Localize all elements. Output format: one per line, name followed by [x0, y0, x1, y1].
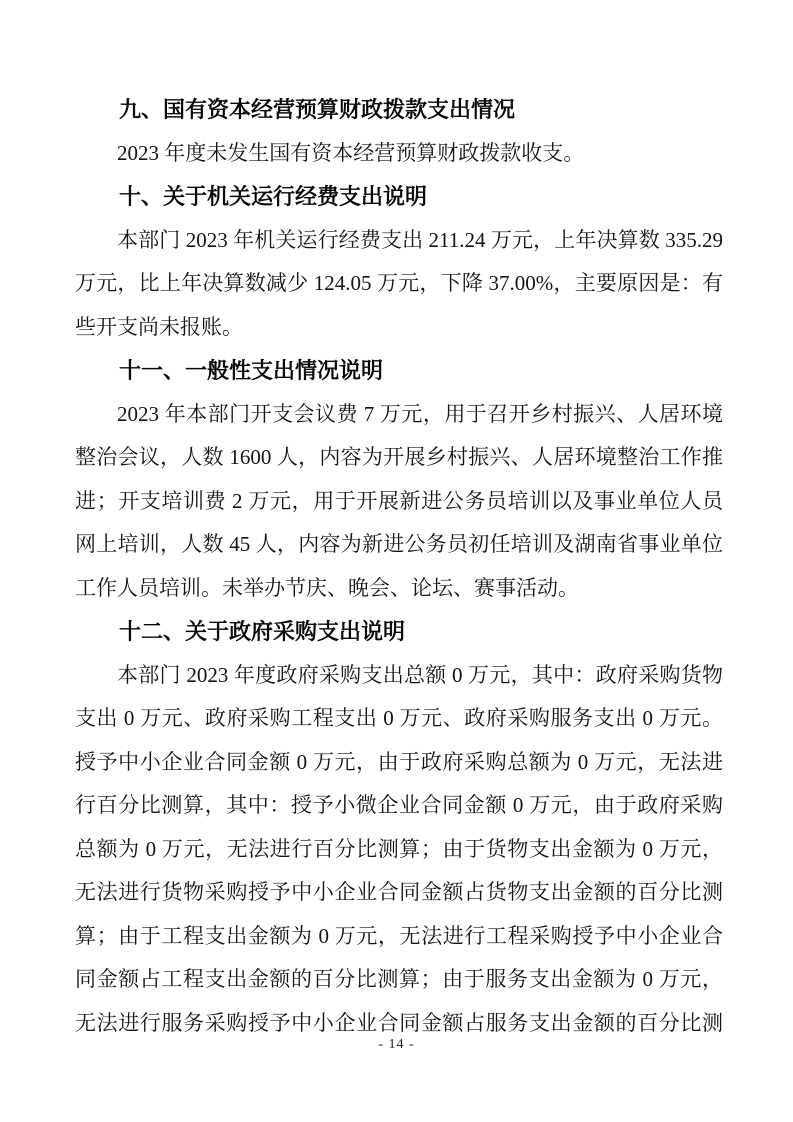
paragraph-government-procurement: 本部门 2023 年度政府采购支出总额 0 万元，其中：政府采购货物支出 0 万…: [75, 654, 723, 1046]
paragraph-general-expenditure: 2023 年本部门开支会议费 7 万元，用于召开乡村振兴、人居环境整治会议，人数…: [75, 393, 723, 611]
section-heading-government-procurement: 十二、关于政府采购支出说明: [75, 610, 723, 654]
paragraph-agency-operating-expenses: 本部门 2023 年机关运行经费支出 211.24 万元，上年决算数 335.2…: [75, 219, 723, 350]
section-heading-state-capital-budget: 九、国有资本经营预算财政拨款支出情况: [75, 88, 723, 132]
paragraph-state-capital-budget: 2023 年度未发生国有资本经营预算财政拨款收支。: [75, 132, 723, 176]
page-footer: - 14 -: [0, 1036, 793, 1054]
document-page: 九、国有资本经营预算财政拨款支出情况 2023 年度未发生国有资本经营预算财政拨…: [0, 0, 793, 1122]
section-heading-general-expenditure: 十一、一般性支出情况说明: [75, 349, 723, 393]
page-number: - 14 -: [378, 1037, 414, 1052]
document-content: 九、国有资本经营预算财政拨款支出情况 2023 年度未发生国有资本经营预算财政拨…: [75, 88, 723, 1045]
section-heading-agency-operating-expenses: 十、关于机关运行经费支出说明: [75, 175, 723, 219]
